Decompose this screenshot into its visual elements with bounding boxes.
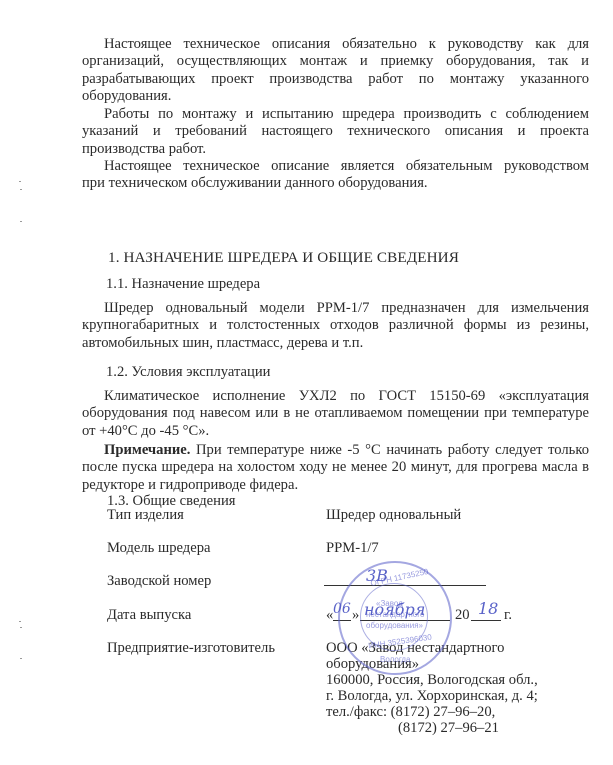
row-value-model: РРМ-1/7 xyxy=(326,540,379,557)
text-line: г. Вологда, ул. Хорхоринская, д. 4; xyxy=(326,688,538,705)
text-line: (8172) 27–96–21 xyxy=(398,720,499,737)
row-label-manufacturer: Предприятие-изготовитель xyxy=(107,640,275,657)
text-line: оборудования под навесом или в не отапли… xyxy=(82,405,589,422)
row-label-date: Дата выпуска xyxy=(107,607,191,624)
text-line: Шредер одновальный модели РРМ-1/7 предна… xyxy=(104,300,589,316)
margin-speck xyxy=(20,658,22,659)
date-year-prefix: 20 xyxy=(455,607,470,624)
document-page: Настоящее техническое описания обязатель… xyxy=(0,0,613,765)
text-line: после пуска шредера на холостом ходу не … xyxy=(82,459,589,476)
intro-paragraph-2: Работы по монтажу и испытанию шредера пр… xyxy=(82,106,589,158)
text-line: от +40°С до -45 °С». xyxy=(82,423,589,440)
text-line: При температуре ниже -5 °С начинать рабо… xyxy=(190,442,589,458)
company-stamp: ОГРН 11735250 «Завод нестандартного обор… xyxy=(338,561,452,675)
stamp-city: Вологда xyxy=(380,655,411,664)
intro-paragraph-3: Настоящее техническое описание является … xyxy=(82,158,589,193)
text-line: Настоящее техническое описание является … xyxy=(104,158,589,174)
intro-paragraph-1: Настоящее техническое описания обязатель… xyxy=(82,36,589,105)
text-line: тел./факс: (8172) 27–96–20, xyxy=(326,704,495,721)
text-line: крупногабаритных и толстостенных отходов… xyxy=(82,317,589,334)
text-line: Настоящее техническое описания обязатель… xyxy=(104,36,589,52)
subsection-1-1-text: Шредер одновальный модели РРМ-1/7 предна… xyxy=(82,300,589,352)
row-label-type: Тип изделия xyxy=(107,507,184,524)
margin-speck xyxy=(19,181,21,182)
section-heading: 1. НАЗНАЧЕНИЕ ШРЕДЕРА И ОБЩИЕ СВЕДЕНИЯ xyxy=(108,249,459,267)
margin-speck xyxy=(20,189,22,190)
text-line: разрабатывающих проект производства рабо… xyxy=(82,71,589,88)
text-line: указаний и требований настоящего техниче… xyxy=(82,123,589,140)
text-line: Климатическое исполнение УХЛ2 по ГОСТ 15… xyxy=(104,388,589,404)
text-line: 160000, Россия, Вологодская обл., xyxy=(326,672,538,689)
text-line: оборудования. xyxy=(82,88,589,105)
stamp-center-line-3: оборудования» xyxy=(366,621,423,630)
text-line: редукторе и гидроприводе фидера. xyxy=(82,477,589,494)
subsection-1-2-text: Климатическое исполнение УХЛ2 по ГОСТ 15… xyxy=(82,388,589,440)
text-line: автомобильных шин, пластмасс, дерева и т… xyxy=(82,335,589,352)
margin-speck xyxy=(20,221,22,222)
stamp-center-line-1: «Завод xyxy=(376,599,403,608)
note-label: Примечание. xyxy=(104,442,190,458)
date-year-handwritten: 18 xyxy=(478,599,498,618)
note-paragraph: Примечание. При температуре ниже -5 °С н… xyxy=(82,442,589,494)
stamp-center-line-2: нестандартного xyxy=(366,610,424,619)
subsection-1-2-title: 1.2. Условия эксплуатации xyxy=(106,364,270,381)
row-value-type: Шредер одновальный xyxy=(326,507,461,524)
text-line: Работы по монтажу и испытанию шредера пр… xyxy=(104,106,589,122)
text-line: при техническом обслуживании данного обо… xyxy=(82,175,589,192)
row-label-model: Модель шредера xyxy=(107,540,210,557)
subsection-1-1-title: 1.1. Назначение шредера xyxy=(106,276,260,293)
text-line: производства работ. xyxy=(82,141,589,158)
row-label-serial: Заводской номер xyxy=(107,573,211,590)
date-year-suffix: г. xyxy=(504,607,512,624)
text-line: организаций, осуществляющих монтаж и при… xyxy=(82,53,589,70)
margin-speck xyxy=(20,627,22,628)
margin-speck xyxy=(19,621,21,622)
year-underline xyxy=(471,620,501,621)
